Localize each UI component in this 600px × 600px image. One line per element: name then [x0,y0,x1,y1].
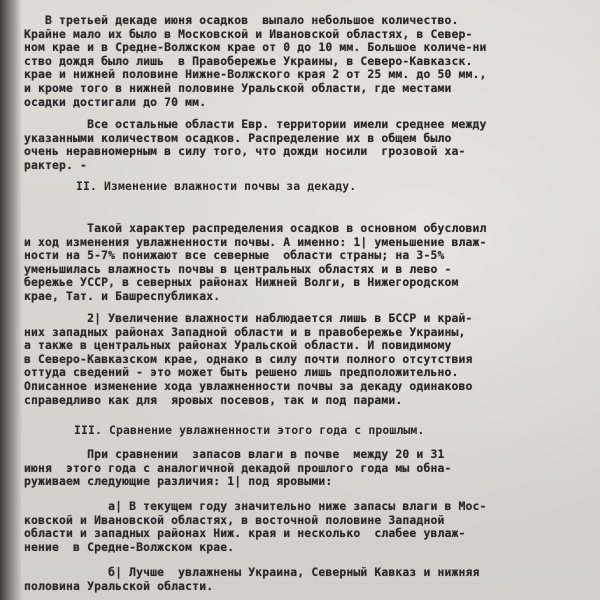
text-line: б| Лучше увлажнены Украина, Северный Кав… [24,566,584,580]
text-line: При сравнении запасов влаги в почве межд… [24,448,584,462]
text-line: бережье УССР, в северных районах Нижней … [24,276,584,290]
text-line: руживаем следующие различия: 1| под яров… [24,475,584,489]
text-line: а| В текущем году значительно ниже запас… [24,500,584,514]
paragraph-precipitation-third-decade: В третьей декаде июня осадков выпало неб… [24,14,584,109]
text-line: ство дождя было лишь в Правобережье Укра… [24,55,584,69]
text-line: половина Уральской области. [24,580,584,594]
paragraph-item-a: а| В текущем году значительно ниже запас… [24,500,584,554]
text-line: ности на 5-7% понижают все северные обла… [24,249,584,263]
text-line: а также в центральных районах Уральской … [24,339,584,353]
paragraph-item-b: б| Лучше увлажнены Украина, Северный Кав… [24,566,584,593]
text-line: осадки достигали до 70 мм. [24,96,584,110]
page-binding-edge [0,0,22,600]
text-line: справедливо как для яровых посевов, так … [24,394,584,408]
text-line: очень неравномерным в силу того, что дож… [24,145,584,159]
text-line: ном крае и в Средне-Волжском крае от 0 д… [24,41,584,55]
paragraph-moisture-increase: 2| Увеличение влажности наблюдается лишь… [24,312,584,407]
section-heading-year-comparison: III. Сравнение увлажненности этого года … [74,424,424,438]
document-page: В третьей декаде июня осадков выпало неб… [0,0,600,600]
paragraph-moisture-decrease: Такой характер распределения осадков в о… [24,222,584,304]
paragraph-other-regions: Все остальные области Евр. территории им… [24,118,584,172]
text-line: области и западных районах Ниж. края и н… [24,527,584,541]
text-line: крае, Тат. и Башреспубликах. [24,290,584,304]
text-line: В третьей декаде июня осадков выпало неб… [24,14,584,28]
text-line: нение в Средне-Волжском крае. [24,541,584,555]
text-line: и кроме того в нижней половине Уральской… [24,82,584,96]
paragraph-comparison-intro: При сравнении запасов влаги в почве межд… [24,448,584,489]
text-line: указанными количеством осадков. Распреде… [24,132,584,146]
text-line: Описанное изменение хода увлажненности п… [24,380,584,394]
text-line: рактер. - [24,159,584,173]
text-line: Крайне мало их было в Московской и Ивано… [24,28,584,42]
text-line: Все остальные области Евр. территории им… [24,118,584,132]
text-line: оттуда сведений - это может быть решено … [24,366,584,380]
text-line: июня этого года с аналогичной декадой пр… [24,462,584,476]
text-line: крае и нижней половине Нижне-Волжского к… [24,68,584,82]
section-heading-soil-moisture-change: II. Изменение влажности почвы за декаду. [76,180,356,194]
text-line: 2| Увеличение влажности наблюдается лишь… [24,312,584,326]
text-line: Такой характер распределения осадков в о… [24,222,584,236]
